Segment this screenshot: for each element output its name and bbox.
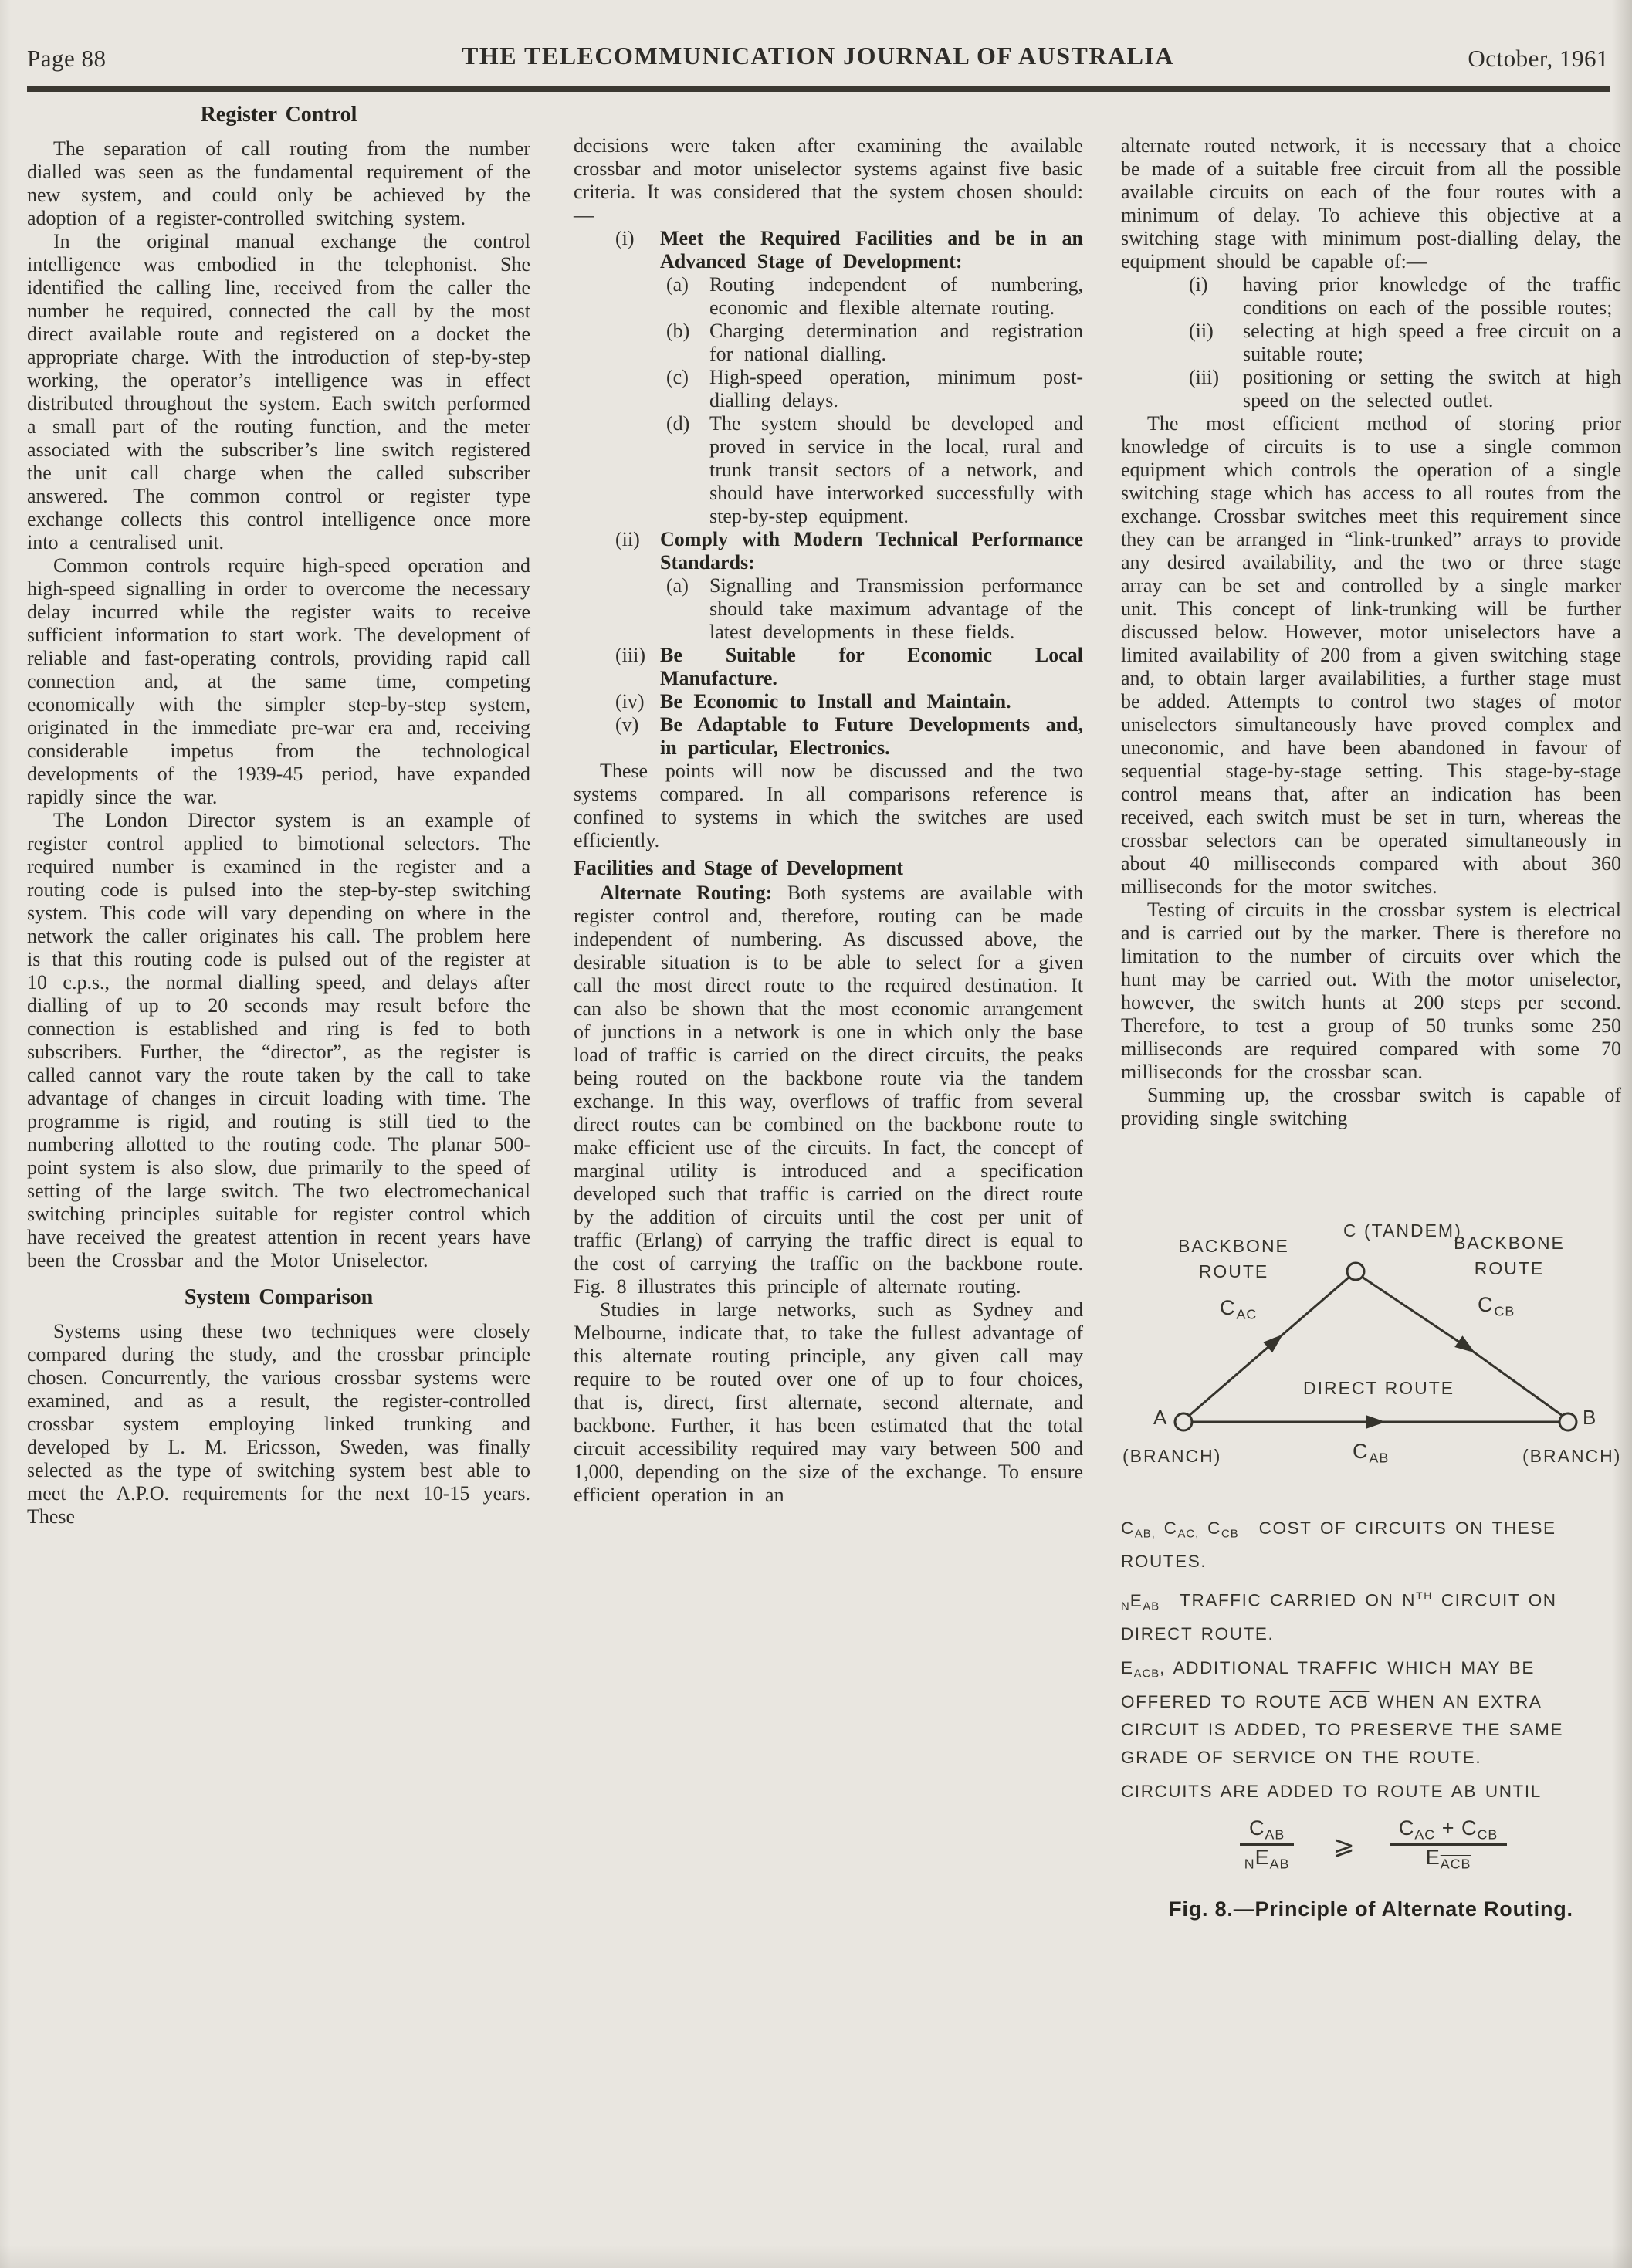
cost-symbol-ccb: CCB [1478,1292,1515,1323]
backbone-route-left-label: BACKBONEROUTE [1172,1234,1295,1285]
node-b-paren: (BRANCH) [1522,1444,1621,1468]
subitem-text: Routing independent of numbering, econom… [709,273,1083,319]
greater-equal-sign: ⩾ [1332,1834,1356,1857]
column-2: decisions were taken after examining the… [574,99,1083,1507]
capability-item-i: (i)having prior knowledge of the traffic… [1121,273,1621,320]
formula-lhs-fraction: CAB NEAB [1235,1816,1299,1876]
item-text: positioning or setting the switch at hig… [1243,366,1621,411]
section-heading-system-comparison: System Comparison [27,1285,530,1311]
journal-title: THE TELECOMMUNICATION JOURNAL OF AUSTRAL… [27,42,1609,70]
paragraph: Alternate Routing: Both systems are avai… [574,882,1083,1298]
criteria-subitem: (d)The system should be developed and pr… [660,412,1083,528]
legend-additional-line: EACB, ADDITIONAL TRAFFIC WHICH MAY BE OF… [1121,1654,1621,1771]
legend-traffic-line: NEABTRAFFIC CARRIED ON NTH CIRCUIT ON DI… [1121,1582,1621,1648]
section-heading-facilities: Facilities and Stage of Development [574,855,1083,880]
subitem-text: High-speed operation, minimum post-diall… [709,366,1083,411]
item-number: (ii) [1189,320,1243,343]
capability-item-iii: (iii)positioning or setting the switch a… [1121,366,1621,412]
subitem-number: (d) [666,412,709,435]
paragraph: Systems using these two techniques were … [27,1320,530,1528]
item-number: (iii) [1189,366,1243,389]
node-b-label: B [1583,1405,1597,1430]
item-number: (v) [615,713,660,736]
node-c-tandem [1347,1263,1364,1280]
paragraph: Testing of circuits in the crossbar syst… [1121,899,1621,1084]
criteria-subitem: (b)Charging determination and registrati… [660,320,1083,366]
subitem-number: (a) [666,574,709,597]
capability-item-ii: (ii)selecting at high speed a free circu… [1121,320,1621,366]
subitem-text: The system should be developed and prove… [709,412,1083,527]
paragraph: Studies in large networks, such as Sydne… [574,1298,1083,1507]
criteria-item-ii: (ii)Comply with Modern Technical Perform… [574,528,1083,644]
paragraph: These points will now be discussed and t… [574,760,1083,852]
criteria-item-v: (v)Be Adaptable to Future Developments a… [574,713,1083,760]
criteria-item-iii: (iii)Be Suitable for Economic Local Manu… [574,644,1083,690]
criteria-item-iv: (iv)Be Economic to Install and Maintain. [574,690,1083,713]
paragraph: In the original manual exchange the cont… [27,230,530,554]
item-heading: Comply with Modern Technical Performance… [660,528,1083,574]
fig8-diagram: C (TANDEM) BACKBONEROUTE CAC BACKBONEROU… [1121,1198,1621,1482]
criteria-subitem: (a)Signalling and Transmission performan… [660,574,1083,644]
subitem-text: Charging determination and registration … [709,320,1083,365]
node-a-label: A [1153,1405,1168,1430]
fig8-caption: Fig. 8.—Principle of Alternate Routing. [1121,1897,1621,1921]
column-3: alternate routed network, it is necessar… [1121,99,1621,1921]
legend-rule-line: CIRCUITS ARE ADDED TO ROUTE AB UNTIL [1121,1778,1621,1806]
item-heading: Be Adaptable to Future Developments and,… [660,713,1083,759]
paragraph-lead: Alternate Routing: [600,882,772,904]
formula-rhs-fraction: CAC + CCB EACB [1390,1816,1507,1876]
item-heading: Meet the Required Facilities and be in a… [660,227,1083,272]
paragraph: decisions were taken after examining the… [574,134,1083,227]
paragraph: alternate routed network, it is necessar… [1121,134,1621,273]
item-text: having prior knowledge of the traffic co… [1243,273,1621,319]
subitem-number: (b) [666,320,709,343]
subitem-number: (c) [666,366,709,389]
item-heading: Be Economic to Install and Maintain. [660,690,1011,713]
criteria-subitem: (c)High-speed operation, minimum post-di… [660,366,1083,412]
node-a-branch [1175,1413,1192,1430]
issue-date: October, 1961 [1468,45,1609,73]
item-number: (i) [615,227,660,250]
figure-8: C (TANDEM) BACKBONEROUTE CAC BACKBONEROU… [1121,1198,1621,1921]
item-heading: Be Suitable for Economic Local Manufactu… [660,644,1083,689]
criteria-subitem: (a)Routing independent of numbering, eco… [660,273,1083,320]
paragraph-text: Both systems are available with register… [574,882,1083,1298]
subitem-number: (a) [666,273,709,296]
subitem-text: Signalling and Transmission performance … [709,574,1083,643]
legend-cost-line: CAB, CAC, CCBCOST OF CIRCUITS ON THESE R… [1121,1515,1621,1576]
journal-page: { "page": { "number": "Page 88", "journa… [0,0,1632,2268]
cost-symbol-cac: CAC [1220,1295,1257,1326]
item-number: (i) [1189,273,1243,296]
header-rule [27,86,1610,92]
backbone-route-right-label: BACKBONEROUTE [1445,1230,1573,1281]
node-b-branch [1559,1413,1576,1430]
paragraph: The most efficient method of storing pri… [1121,412,1621,899]
criteria-item-i: (i)Meet the Required Facilities and be i… [574,227,1083,528]
paragraph: Summing up, the crossbar switch is capab… [1121,1084,1621,1130]
node-c-label: C (TANDEM) [1343,1218,1462,1243]
paragraph: The separation of call routing from the … [27,137,530,230]
item-number: (iv) [615,690,660,713]
item-number: (iii) [615,644,660,667]
section-heading-register-control: Register Control [27,102,530,128]
direct-route-label: DIRECT ROUTE [1303,1376,1454,1400]
column-1: Register Control The separation of call … [27,99,530,1528]
cost-symbol-cab: CAB [1353,1439,1389,1470]
fig8-legend: CAB, CAC, CCBCOST OF CIRCUITS ON THESE R… [1121,1515,1621,1806]
paragraph: Common controls require high-speed opera… [27,554,530,809]
page-header: Page 88 THE TELECOMMUNICATION JOURNAL OF… [27,40,1609,80]
node-a-paren: (BRANCH) [1122,1444,1221,1468]
paragraph: The London Director system is an example… [27,809,530,1272]
item-text: selecting at high speed a free circuit o… [1243,320,1621,365]
item-number: (ii) [615,528,660,551]
fig8-formula: CAB NEAB ⩾ CAC + CCB EACB [1121,1816,1621,1876]
